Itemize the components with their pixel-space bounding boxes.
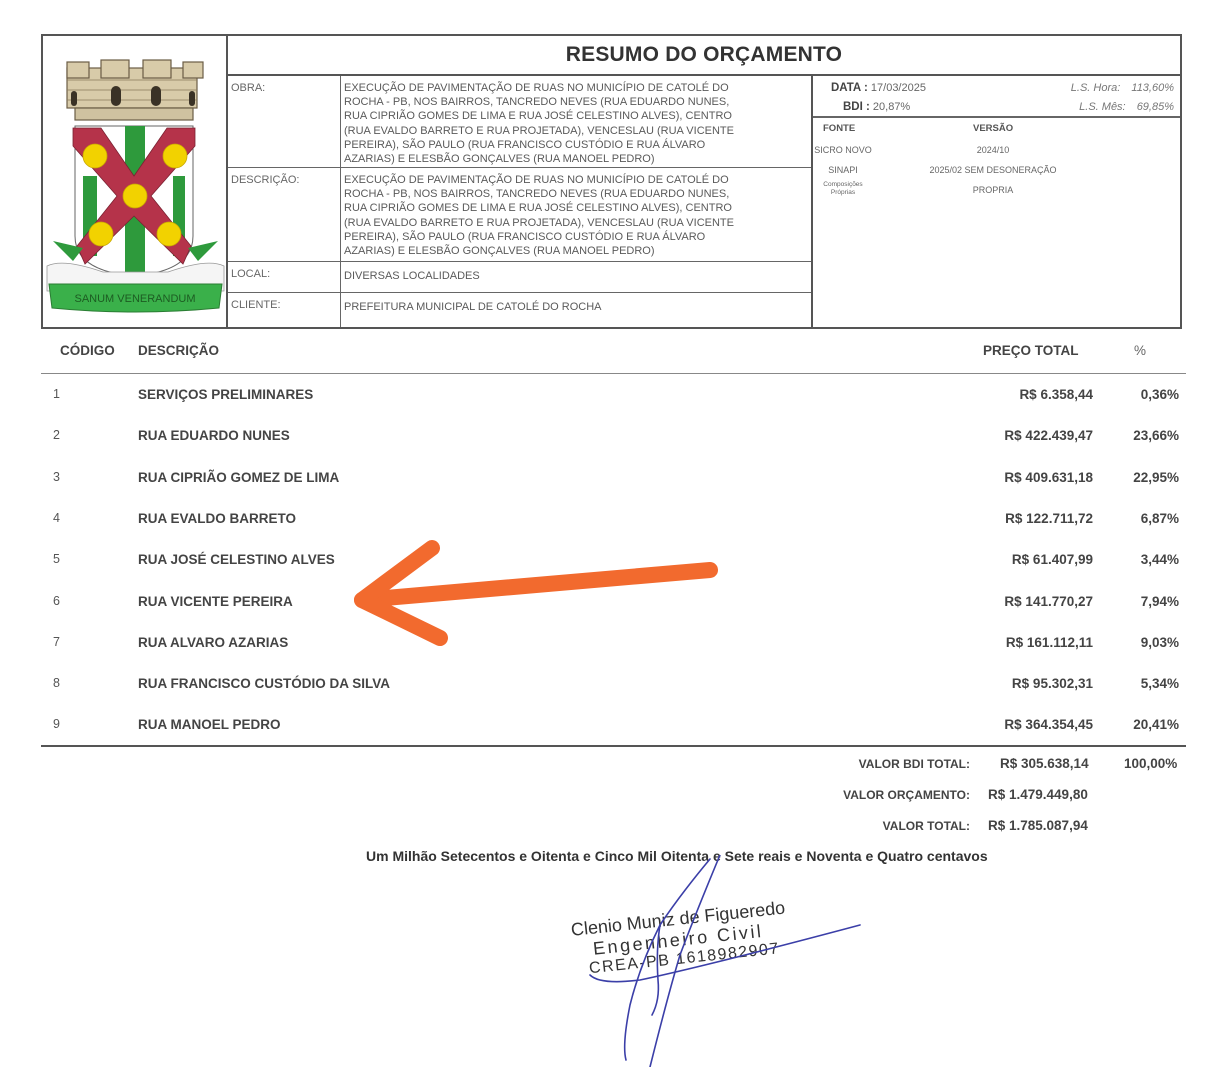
obra-label: OBRA:: [228, 76, 341, 167]
municipal-coat-of-arms-icon: SANUM VENERANDUM: [43, 36, 228, 327]
date-bdi-block: DATA : 17/03/2025 L.S. Hora: 113,60% BDI…: [813, 76, 1180, 118]
row-description: SERVIÇOS PRELIMINARES: [138, 387, 313, 402]
logo-motto: SANUM VENERANDUM: [74, 293, 195, 305]
row-description: RUA VICENTE PEREIRA: [138, 594, 293, 609]
budget-parameters: DATA : 17/03/2025 L.S. Hora: 113,60% BDI…: [811, 76, 1180, 327]
row-price: R$ 422.439,47: [1004, 428, 1093, 443]
fonte-header: FONTE: [823, 123, 855, 134]
row-code: 3: [53, 470, 60, 484]
row-percent: 23,66%: [1133, 428, 1179, 443]
table-row: 2RUA EDUARDO NUNESR$ 422.439,4723,66%: [41, 428, 1186, 448]
ls-hora-value: 113,60%: [1131, 82, 1174, 94]
cliente-value: PREFEITURA MUNICIPAL DE CATOLÉ DO ROCHA: [341, 293, 811, 327]
project-info-grid: OBRA: EXECUÇÃO DE PAVIMENTAÇÃO DE RUAS N…: [228, 76, 811, 327]
row-percent: 9,03%: [1141, 635, 1179, 650]
row-description: RUA MANOEL PEDRO: [138, 717, 281, 732]
cliente-label: CLIENTE:: [228, 293, 341, 327]
bdi-total-value: R$ 305.638,14: [1000, 756, 1089, 771]
row-percent: 22,95%: [1133, 470, 1179, 485]
row-description: RUA CIPRIÃO GOMEZ DE LIMA: [138, 470, 339, 485]
row-code: 5: [53, 552, 60, 566]
bdi-total-label: VALOR BDI TOTAL:: [859, 757, 970, 771]
descricao-label: DESCRIÇÃO:: [228, 168, 341, 261]
row-price: R$ 409.631,18: [1004, 470, 1093, 485]
col-header-price: PREÇO TOTAL: [983, 343, 1079, 358]
row-code: 9: [53, 717, 60, 731]
bdi-total-percent: 100,00%: [1124, 756, 1177, 771]
col-header-percent: %: [1134, 343, 1146, 358]
page-title: RESUMO DO ORÇAMENTO: [228, 36, 1180, 76]
row-description: RUA EVALDO BARRETO: [138, 511, 296, 526]
row-code: 2: [53, 428, 60, 442]
row-percent: 7,94%: [1141, 594, 1179, 609]
row-description: RUA JOSÉ CELESTINO ALVES: [138, 552, 335, 567]
row-percent: 20,41%: [1133, 717, 1179, 732]
row-description: RUA EDUARDO NUNES: [138, 428, 290, 443]
row-price: R$ 364.354,45: [1004, 717, 1093, 732]
row-price: R$ 141.770,27: [1004, 594, 1093, 609]
local-value: DIVERSAS LOCALIDADES: [341, 262, 811, 292]
row-description: RUA ALVARO AZARIAS: [138, 635, 288, 650]
descricao-row: DESCRIÇÃO: EXECUÇÃO DE PAVIMENTAÇÃO DE R…: [228, 168, 811, 262]
table-bottom-divider: [41, 745, 1186, 747]
row-price: R$ 161.112,11: [1006, 635, 1093, 650]
row-percent: 5,34%: [1141, 676, 1179, 691]
cliente-row: CLIENTE: PREFEITURA MUNICIPAL DE CATOLÉ …: [228, 293, 811, 327]
date-label: DATA :: [831, 82, 868, 94]
header-box: SANUM VENERANDUM RESUMO DO ORÇAMENTO OBR…: [41, 34, 1182, 329]
local-row: LOCAL: DIVERSAS LOCALIDADES: [228, 262, 811, 293]
row-percent: 3,44%: [1141, 552, 1179, 567]
row-price: R$ 6.358,44: [1019, 387, 1093, 402]
ls-mes-value: 69,85%: [1137, 101, 1174, 113]
row-code: 1: [53, 387, 60, 401]
bdi-label: BDI :: [843, 101, 870, 113]
table-row: 4RUA EVALDO BARRETOR$ 122.711,726,87%: [41, 511, 1186, 531]
local-label: LOCAL:: [228, 262, 341, 292]
ls-mes-label: L.S. Mês:: [1079, 101, 1125, 113]
row-percent: 0,36%: [1141, 387, 1179, 402]
header-divider: [41, 373, 1186, 374]
col-header-code: CÓDIGO: [60, 343, 115, 358]
descricao-value: EXECUÇÃO DE PAVIMENTAÇÃO DE RUAS NO MUNI…: [341, 168, 811, 261]
orcamento-value: R$ 1.479.449,80: [988, 787, 1088, 802]
col-header-description: DESCRIÇÃO: [138, 343, 219, 358]
orcamento-label: VALOR ORÇAMENTO:: [843, 788, 970, 802]
logo-cell: SANUM VENERANDUM: [43, 36, 228, 327]
ls-hora-label: L.S. Hora:: [1071, 82, 1121, 94]
versao-header: VERSÃO: [973, 123, 1013, 134]
row-percent: 6,87%: [1141, 511, 1179, 526]
row-code: 7: [53, 635, 60, 649]
table-row: 1SERVIÇOS PRELIMINARESR$ 6.358,440,36%: [41, 387, 1186, 407]
row-code: 4: [53, 511, 60, 525]
table-row: 9RUA MANOEL PEDROR$ 364.354,4520,41%: [41, 717, 1186, 737]
row-price: R$ 95.302,31: [1012, 676, 1093, 691]
row-price: R$ 122.711,72: [1005, 511, 1093, 526]
handwritten-signature-icon: [560, 855, 870, 1067]
row-code: 8: [53, 676, 60, 690]
table-row: 8RUA FRANCISCO CUSTÓDIO DA SILVAR$ 95.30…: [41, 676, 1186, 696]
row-description: RUA FRANCISCO CUSTÓDIO DA SILVA: [138, 676, 390, 691]
bdi-value: 20,87%: [873, 101, 910, 113]
total-value: R$ 1.785.087,94: [988, 818, 1088, 833]
arrow-left-icon: [340, 530, 730, 650]
row-code: 6: [53, 594, 60, 608]
obra-row: OBRA: EXECUÇÃO DE PAVIMENTAÇÃO DE RUAS N…: [228, 76, 811, 168]
total-label: VALOR TOTAL:: [883, 819, 970, 833]
table-row: 3RUA CIPRIÃO GOMEZ DE LIMAR$ 409.631,182…: [41, 470, 1186, 490]
obra-value: EXECUÇÃO DE PAVIMENTAÇÃO DE RUAS NO MUNI…: [341, 76, 811, 167]
date-value: 17/03/2025: [871, 82, 926, 94]
row-price: R$ 61.407,99: [1012, 552, 1093, 567]
